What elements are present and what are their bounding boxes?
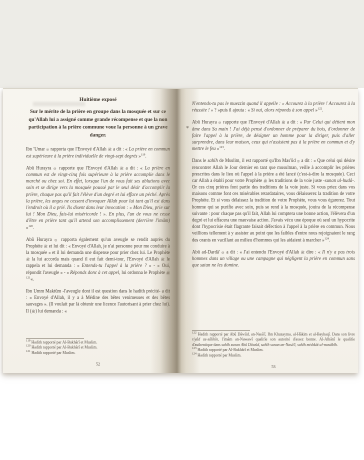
footnote-rule bbox=[26, 338, 84, 339]
open-book-spread: Huitième exposé Sur le mérite de la priè… bbox=[3, 88, 358, 373]
book-photo: Huitième exposé Sur le mérite de la priè… bbox=[0, 0, 364, 460]
page-number: 53 bbox=[192, 364, 355, 369]
right-page: N'entends-tu pas le muezzin quand il app… bbox=[192, 101, 355, 329]
photo-background bbox=[0, 0, 364, 88]
paragraph: Abû Hurayra ◎ rapporte que l'Envoyé d'Al… bbox=[26, 165, 170, 231]
paragraph: Ibn 'Umar ◎ rapporta que l'Envoyé d'Alla… bbox=[26, 147, 170, 160]
right-page-footnotes: 122 Hadith rapporté par Abû Dâwûd, an-Na… bbox=[192, 330, 355, 372]
page-number: 52 bbox=[26, 362, 170, 367]
paragraph: N'entends-tu pas le muezzin quand il app… bbox=[192, 101, 355, 114]
paragraph: Abû Hurayra ◎ rapporta également qu'un a… bbox=[26, 237, 170, 283]
left-page-footnotes: 119 Hadith rapporté par Al-Bukhârî et Mu… bbox=[26, 338, 170, 372]
paragraph: Abû ad-Dardâ' ◎ a dit : « J'ai entendu l… bbox=[192, 249, 355, 269]
left-page: Huitième exposé Sur le mérite de la priè… bbox=[26, 97, 170, 337]
chapter-title: Sur le mérite de la prière en groupe dan… bbox=[26, 108, 170, 139]
footnote: 124 Hadith rapporté par Muslim. bbox=[192, 353, 355, 358]
paragraph: Ibn Umm Maktûm -l'aveugle dont il est qu… bbox=[26, 289, 170, 315]
margin-mark: * bbox=[186, 126, 189, 132]
paragraph: Abû Hurayra ◎ rapporte que l'Envoyé d'Al… bbox=[192, 120, 355, 153]
footnote-rule bbox=[192, 330, 250, 331]
section-heading: Huitième exposé bbox=[26, 97, 170, 103]
paragraph: Dans le sahîh de Muslim, il est rapporté… bbox=[192, 158, 355, 244]
footnote: 122 Hadith rapporté par Abû Dâwûd, an-Na… bbox=[192, 332, 355, 348]
footnote: 121 Hadith rapporté par Muslim. bbox=[26, 350, 170, 355]
